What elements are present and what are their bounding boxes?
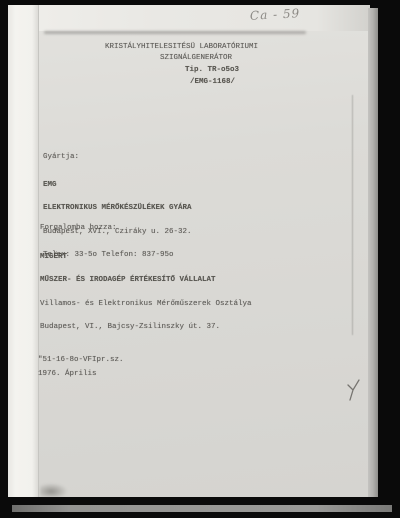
manufacturer-label: Gyártja: [43,153,79,161]
fold-shadow-line [352,95,353,335]
distributor-address: Budapest, VI., Bajcsy-Zsilinszky út. 37. [40,324,252,331]
page-right-edge [368,8,378,497]
distributor-label: Forgalomba hozza: [40,224,117,232]
left-paper-edge [8,5,39,497]
manufacturer-name-full: ELEKTRONIKUS MÉRŐKÉSZÜLÉKEK GYÁRA [43,205,192,212]
scan-crease-shadow [44,31,306,34]
distributor-department: Villamos- és Elektronikus Mérőműszerek O… [40,301,252,308]
title-line-2: SZIGNÁLGENERÁTOR [160,54,232,62]
scanned-document: Ca - 59 KRISTÁLYHITELESITÉSÜ LABORATÓRIU… [0,0,400,518]
manufacturer-name-short: EMG [43,182,192,189]
title-line-1: KRISTÁLYHITELESITÉSÜ LABORATÓRIUMI [105,43,258,51]
handwritten-note: Ca - 59 [250,5,321,27]
title-type-code: /EMG-1168/ [190,78,235,86]
distributor-name-full: MŰSZER- ÉS IRODAGÉP ÉRTÉKESÍTŐ VÁLLALAT [40,277,252,284]
print-order-number: "51-16-8o-VFIpr.sz. [38,356,124,364]
scan-smudge [40,483,68,497]
handwritten-check-mark [346,379,362,403]
title-model-number: Tip. TR-o5o3 [185,66,239,74]
publication-date: 1976. Április [38,370,97,378]
scanner-tray-strip [12,505,392,512]
distributor-name-short: MIGÉRT [40,254,252,261]
distributor-block: MIGÉRT MŰSZER- ÉS IRODAGÉP ÉRTÉKESÍTŐ VÁ… [40,238,252,348]
